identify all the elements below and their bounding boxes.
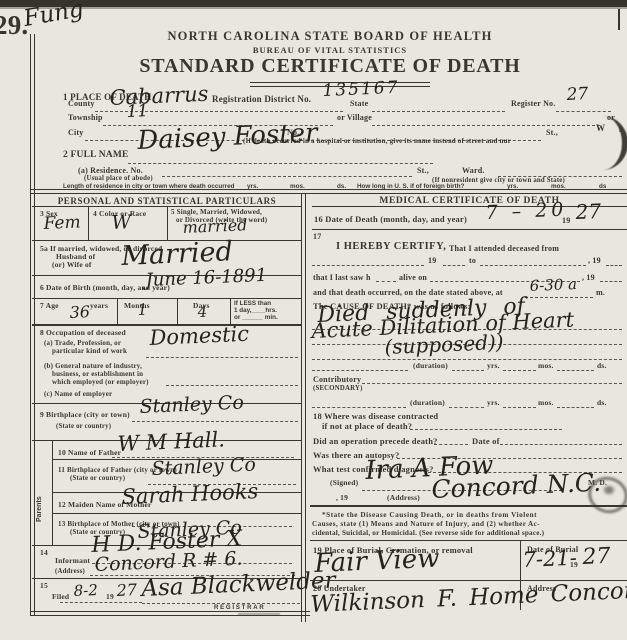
register-no-value: 27 (566, 86, 588, 104)
full-name-label: 2 FULL NAME (63, 150, 129, 160)
duration2-blank-2 (503, 406, 536, 408)
village-line (372, 124, 600, 126)
certify-blank-4 (606, 264, 622, 266)
duration2-ds-label: ds. (597, 398, 607, 407)
death-certificate-scan: 29. Fung NORTH CAROLINA STATE BOARD OF H… (0, 0, 627, 640)
dob-value: June 16-1891 (145, 267, 267, 290)
date-of-blank (500, 443, 622, 445)
years-label: years (90, 301, 108, 310)
left-column-bottom-rule (30, 611, 310, 616)
occupation-b-label-3: which employed (or employer) (52, 378, 149, 386)
township-value: 11 (126, 103, 148, 121)
informant-label: Informant (55, 556, 90, 565)
residence-line (162, 175, 412, 177)
township-label: Township (68, 113, 103, 122)
to-label: to (469, 256, 476, 265)
year-blank-3: , 19 (582, 273, 595, 282)
scan-right-tick (618, 9, 620, 30)
row12-rule (52, 513, 301, 514)
full-name-line (128, 162, 433, 164)
or-fragment: or (607, 113, 615, 122)
residence-st-label: St., (417, 166, 429, 175)
duration-blank-3 (557, 369, 594, 371)
certify-blank-2 (443, 264, 465, 266)
occupation-b-label-1: (b) General nature of industry, (44, 362, 142, 370)
undertaker-value: Wilkinson F. Home Concord N.C. (310, 577, 627, 617)
registration-district-label: Registration District No. (212, 94, 311, 104)
certify-bold-label: I HEREBY CERTIFY, (336, 241, 446, 252)
last-saw-label: that I last saw h (313, 273, 371, 282)
row16-rule (312, 229, 627, 230)
wife-of-label: (or) Wife of (52, 260, 92, 269)
occupation-b-label-2: business, or establishment in (52, 370, 143, 378)
section-divider-rule (30, 189, 627, 194)
informant-number: 14 (40, 548, 48, 557)
filed-number: 15 (40, 581, 48, 590)
duration-label: (duration) (413, 361, 448, 370)
registrar-signature: Asa Blackwelder (141, 570, 336, 601)
item5a-value: Married (121, 238, 234, 270)
filed-label: Filed (52, 592, 69, 601)
occupation-a-value: Domestic (149, 324, 249, 349)
ward-cut-fragment: W (596, 123, 605, 133)
signed-label: (Signed) (330, 478, 358, 487)
signature-section-rule (310, 505, 627, 507)
m-label: m. (596, 288, 605, 297)
year-blank-1: 19 (428, 256, 436, 265)
footnote-line-1: *State the Disease Causing Death, or in … (322, 511, 537, 519)
operation-label: Did an operation precede death? (313, 436, 438, 446)
ifless-label-2: 1 day,____hrs. (234, 307, 277, 314)
state-label: State (350, 99, 368, 108)
last-saw-blank-1 (376, 280, 396, 282)
duration-lead-line (312, 369, 408, 371)
occupation-b-line (166, 384, 298, 386)
burial-place-value: Fair View (314, 546, 440, 577)
informant-address-label: (Address) (55, 568, 85, 575)
filed-date-value: 8-2 (73, 583, 98, 599)
residence-ward-label: Ward. (462, 166, 485, 175)
or-village-label: or Village (337, 113, 372, 122)
birthplace-line (132, 420, 298, 422)
duration2-mos-label: mos. (538, 398, 554, 407)
signed-year-label: , 19 (336, 493, 348, 502)
dod-year-value: 27 (575, 201, 601, 222)
item18-label-2: if not at place of death? (322, 421, 412, 431)
center-column-divider (301, 194, 306, 622)
age-months-value: 1 (137, 303, 147, 318)
full-name-value: Daisey Foster (137, 120, 318, 154)
filed-year-prefix: 19 (106, 592, 114, 601)
months-days-divider (177, 298, 178, 324)
sex-race-divider (88, 206, 89, 240)
death-time-value: 6-30 a (529, 277, 577, 294)
register-no-label: Register No. (511, 99, 555, 108)
duration-blank-1 (452, 369, 484, 371)
certify-blank-1 (312, 264, 424, 266)
birthplace-value: Stanley Co (139, 393, 244, 417)
address-label: (Address) (387, 493, 420, 502)
cause-line-3: (supposed)) (384, 332, 504, 357)
occupation-a-label-2: particular kind of work (52, 347, 127, 355)
age-label: 7 Age (40, 301, 59, 310)
informant-address-value: Concord R # 6. (94, 550, 243, 575)
personal-section-title: PERSONAL AND STATISTICAL PARTICULARS (32, 196, 302, 206)
date-of-death-value: 7 – 20 (485, 200, 568, 223)
contributory-label: Contributory (313, 375, 361, 384)
duration2-label: (duration) (410, 398, 445, 407)
marital-value: married (182, 217, 247, 236)
occupation-label: 8 Occupation of deceased (40, 328, 126, 337)
certify-blank-3 (480, 264, 586, 266)
burial-year-value: 27 (582, 546, 611, 569)
year-blank-2: , 19 (588, 256, 601, 265)
abode-note: (Usual place of abode) (84, 175, 153, 182)
filed-year-value: 27 (116, 582, 137, 599)
physician-address-value: Concord N.C. (431, 470, 602, 502)
dod-year-prefix: 19 (562, 216, 570, 225)
secondary-label: (SECONDARY) (313, 385, 363, 392)
father-name-value: W M Hall. (117, 429, 225, 455)
date-of-label: Date of (472, 436, 500, 446)
bureau-subtitle: BUREAU OF VITAL STATISTICS (100, 45, 560, 55)
age-days-value: 4 (197, 305, 207, 320)
residence-label: (a) Residence. No. (78, 166, 143, 175)
scan-top-edge-fade (0, 7, 627, 9)
state-line (372, 110, 505, 112)
certify-rest-label: That I attended deceased from (449, 244, 559, 253)
duration-mos-label: mos. (538, 361, 554, 370)
ifless-label-1: If LESS than (234, 300, 271, 307)
burial-year-prefix: 19 (570, 560, 578, 569)
county-label: County (68, 99, 95, 108)
father-birthplace-note: (State or country) (70, 475, 125, 482)
footnote-bottom-rule (310, 540, 627, 541)
last-saw-blank-3 (600, 280, 622, 282)
corner-handwriting: Fung (22, 0, 85, 31)
duration-yrs-label: yrs. (487, 361, 500, 370)
ifless-label-3: or ______ min. (234, 314, 278, 321)
city-label: City (68, 128, 83, 137)
item17-number: 17 (313, 232, 321, 241)
race-value: W (111, 213, 131, 233)
register-line (556, 110, 611, 112)
duration2-blank-3 (557, 406, 594, 408)
duration-ds-label: ds. (597, 361, 607, 370)
footnote-line-3: cidental, Suicidal, or Homicidal. (See r… (312, 529, 544, 537)
days-ifless-divider (230, 298, 231, 324)
footnote-line-2: Causes, state (1) Means and Nature of In… (312, 520, 540, 528)
sex-value: Fem (43, 214, 81, 233)
filed-line (60, 601, 142, 603)
occupation-a-label-1: (a) Trade, Profession, or (44, 339, 121, 347)
board-title: NORTH CAROLINA STATE BOARD OF HEALTH (100, 29, 560, 44)
county-value: Cabarrus (109, 84, 209, 109)
age-years-value: 36 (69, 304, 90, 321)
duration2-blank-1 (449, 406, 484, 408)
parents-vertical-label: Parents (36, 496, 43, 522)
ink-stamp-blob (604, 486, 614, 494)
death-time-line (525, 296, 593, 298)
occupation-a-line (146, 356, 298, 358)
alive-on-label: alive on (399, 273, 427, 282)
race-marital-divider (167, 206, 168, 240)
registrar-line (142, 602, 300, 604)
item18-line (410, 428, 562, 430)
occupation-c-label: (c) Name of employer (44, 390, 112, 398)
burial-date-value: 7-21- (522, 548, 577, 571)
s-cut-fragment: s (619, 126, 622, 134)
duration2-yrs-label: yrs. (487, 398, 500, 407)
father-birthplace-value: Stanley Co (151, 455, 256, 479)
contributory-line (362, 382, 622, 384)
st-label: St., (546, 128, 558, 137)
marital-label-1: 5 Single, Married, Widowed, (171, 208, 262, 216)
birthplace-label: 9 Birthplace (city or town) (40, 410, 130, 419)
item18-label-1: 18 Where was disease contracted (313, 411, 438, 421)
certificate-title: STANDARD CERTIFICATE OF DEATH (100, 55, 560, 78)
years-months-divider (117, 298, 118, 324)
operation-blank (434, 443, 468, 445)
scan-top-edge (0, 0, 627, 7)
birthplace-state-note: (State or country) (56, 423, 111, 430)
cause-rule-3 (312, 358, 622, 360)
mother-name-value: Sarah Hooks (121, 481, 259, 508)
duration-blank-2 (503, 369, 536, 371)
date-of-death-label: 16 Date of Death (month, day, and year) (314, 214, 467, 224)
registration-district-value: 135167 (322, 80, 400, 100)
duration2-lead-line (312, 406, 406, 408)
